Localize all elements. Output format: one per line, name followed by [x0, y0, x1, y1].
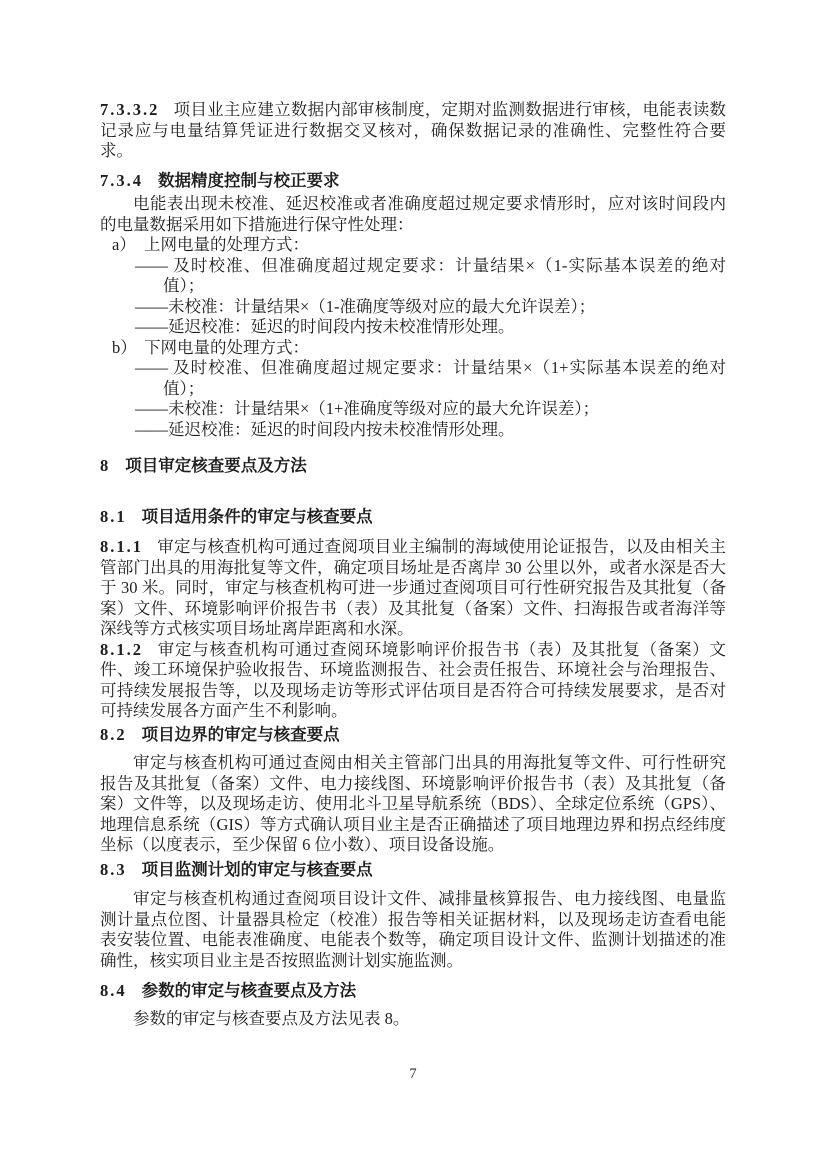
heading-8-2: 8.2项目边界的审定与核查要点 — [100, 725, 726, 746]
heading-number: 8 — [100, 456, 110, 475]
page-content: 7.3.3.2项目业主应建立数据内部审核制度，定期对监测数据进行审核，电能表读数… — [100, 100, 726, 1029]
clause-text: 项目业主应建立数据内部审核制度，定期对监测数据进行审核，电能表读数记录应与电量结… — [100, 100, 726, 160]
heading-8-3: 8.3项目监测计划的审定与核查要点 — [100, 860, 726, 881]
clause-8-1-2: 8.1.2审定与核查机构可通过查阅环境影响评价报告书（表）及其批复（备案）文件、… — [100, 640, 726, 722]
heading-number: 8.3 — [100, 860, 127, 879]
list-subitem: —— 及时校准、但准确度超过规定要求：计量结果×（1-实际基本误差的绝对值）； — [100, 256, 726, 297]
list-subitem: ——延迟校准：延迟的时间段内按未校准情形处理。 — [100, 317, 726, 338]
clause-number: 8.1.1 — [100, 537, 143, 556]
paragraph-8-4: 参数的审定与核查要点及方法见表 8。 — [100, 1009, 726, 1030]
list-item-title: 下网电量的处理方式： — [144, 338, 309, 357]
list-subitem: ——延迟校准：延迟的时间段内按未校准情形处理。 — [100, 420, 726, 441]
heading-title: 项目监测计划的审定与核查要点 — [142, 860, 373, 879]
clause-number: 7.3.3.2 — [100, 100, 159, 119]
list-item-title: 上网电量的处理方式： — [144, 235, 309, 254]
heading-title: 项目边界的审定与核查要点 — [142, 725, 340, 744]
list-subitem: ——未校准：计量结果×（1+准确度等级对应的最大允许误差）； — [100, 399, 726, 420]
heading-title: 项目适用条件的审定与核查要点 — [142, 507, 373, 526]
paragraph-7-3-4-intro: 电能表出现未校准、延迟校准或者准确度超过规定要求情形时，应对该时间段内的电量数据… — [100, 194, 726, 235]
heading-8: 8项目审定核查要点及方法 — [100, 456, 726, 477]
clause-number: 8.1.2 — [100, 640, 143, 659]
list-subitem: —— 及时校准、但准确度超过规定要求：计量结果×（1+实际基本误差的绝对值）； — [100, 358, 726, 399]
heading-number: 8.1 — [100, 507, 127, 526]
list-item-b: b） 下网电量的处理方式： — [100, 338, 726, 359]
paragraph-8-3: 审定与核查机构通过查阅项目设计文件、减排量核算报告、电力接线图、电量监测计量点位… — [100, 889, 726, 971]
heading-7-3-4: 7.3.4数据精度控制与校正要求 — [100, 171, 726, 192]
clause-text: 审定与核查机构可通过查阅项目业主编制的海域使用论证报告，以及由相关主管部门出具的… — [100, 537, 726, 638]
list-item-a: a） 上网电量的处理方式： — [100, 235, 726, 256]
clause-text: 审定与核查机构可通过查阅环境影响评价报告书（表）及其批复（备案）文件、竣工环境保… — [100, 640, 726, 721]
heading-title: 参数的审定与核查要点及方法 — [142, 981, 357, 1000]
heading-number: 7.3.4 — [100, 171, 143, 190]
heading-number: 8.4 — [100, 981, 127, 1000]
list-item-label: a） — [112, 235, 136, 256]
heading-title: 数据精度控制与校正要求 — [158, 171, 340, 190]
page-number: 7 — [0, 1066, 826, 1083]
paragraph-8-2: 审定与核查机构可通过查阅由相关主管部门出具的用海批复等文件、可行性研究报告及其批… — [100, 753, 726, 856]
heading-8-4: 8.4参数的审定与核查要点及方法 — [100, 981, 726, 1002]
heading-8-1: 8.1项目适用条件的审定与核查要点 — [100, 507, 726, 528]
heading-title: 项目审定核查要点及方法 — [125, 456, 307, 475]
document-page: 7.3.3.2项目业主应建立数据内部审核制度，定期对监测数据进行审核，电能表读数… — [0, 0, 826, 1169]
list-item-label: b） — [112, 338, 137, 359]
heading-number: 8.2 — [100, 725, 127, 744]
list-subitem: ——未校准：计量结果×（1-准确度等级对应的最大允许误差）； — [100, 297, 726, 318]
clause-7-3-3-2: 7.3.3.2项目业主应建立数据内部审核制度，定期对监测数据进行审核，电能表读数… — [100, 100, 726, 162]
clause-8-1-1: 8.1.1审定与核查机构可通过查阅项目业主编制的海域使用论证报告，以及由相关主管… — [100, 537, 726, 640]
